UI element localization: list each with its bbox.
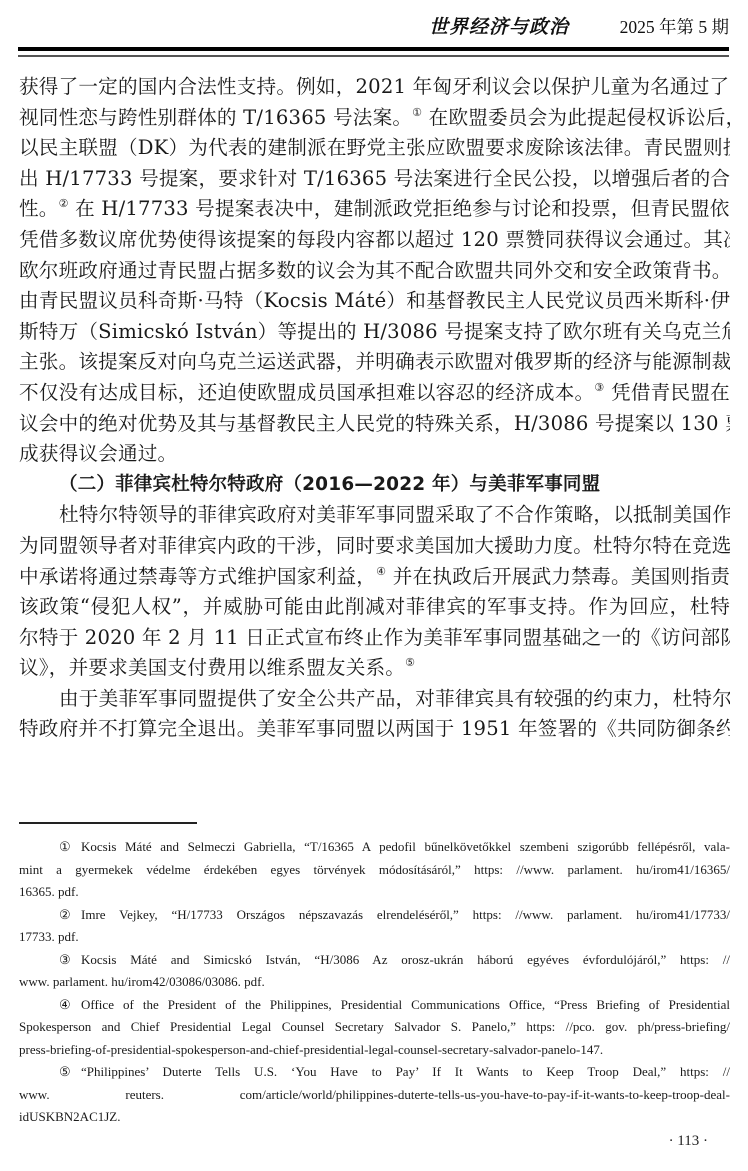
line-text: 议》，并要求美国支付费用以维系盟友关系。 <box>19 656 405 679</box>
journal-title: 世界经济与政治 <box>429 12 569 39</box>
line-text: 凭借多数议席优势使得该提案的每段内容都以超过 120 票赞同获得议会通过。其次， <box>19 228 730 251</box>
body-line: 为同盟领导者对菲律宾内政的干涉，同时要求美国加大援助力度。杜特尔特在竞选 <box>19 531 730 562</box>
footnote-line: idUSKBN2AC1JZ. <box>19 1106 730 1129</box>
body-line: 杜特尔特领导的菲律宾政府对美菲军事同盟采取了不合作策略，以抵制美国作 <box>19 500 730 531</box>
line-text-continued: 并在执政后开展武力禁毒。美国则指责 <box>386 565 730 588</box>
footnote-number: ① <box>59 836 81 859</box>
body-line: 出 H/17733 号提案，要求针对 T/16365 号法案进行全民公投，以增强… <box>19 164 730 195</box>
line-text: 议会中的绝对优势及其与基督教民主人民党的特殊关系，H/3086 号提案以 130… <box>19 412 730 435</box>
footnote-separator <box>19 822 197 824</box>
body-line: 以民主联盟（DK）为代表的建制派在野党主张应欧盟要求废除该法律。青民盟则提 <box>19 133 730 164</box>
footnote: ⑤“Philippines’ Duterte Tells U.S. ‘You H… <box>19 1061 730 1129</box>
footnote-line: www. parlament. hu/irom42/03086/03086. p… <box>19 971 730 994</box>
line-text: 尔特于 2020 年 2 月 11 日正式宣布终止作为美菲军事同盟基础之一的《访… <box>19 626 730 649</box>
body-line: 议会中的绝对优势及其与基督教民主人民党的特殊关系，H/3086 号提案以 130… <box>19 409 730 440</box>
footnote: ②Imre Vejkey, “H/17733 Országos népszava… <box>19 904 730 949</box>
footnote-text: Kocsis Máté and Selmeczi Gabriella, “T/1… <box>81 839 730 854</box>
line-text: 性。 <box>19 197 59 220</box>
line-text: 获得了一定的国内合法性支持。例如，2021 年匈牙利议会以保护儿童为名通过了歧 <box>19 75 730 98</box>
body-line: 获得了一定的国内合法性支持。例如，2021 年匈牙利议会以保护儿童为名通过了歧 <box>19 72 730 103</box>
footnote-line: press-briefing-of-presidential-spokesper… <box>19 1039 730 1062</box>
footnote-reference[interactable]: ① <box>412 106 422 119</box>
body-line: 由青民盟议员科奇斯·马特（Kocsis Máté）和基督教民主人民党议员西米斯科… <box>19 286 730 317</box>
line-text: 出 H/17733 号提案，要求针对 T/16365 号法案进行全民公投，以增强… <box>19 167 730 190</box>
footnote: ④Office of the President of the Philippi… <box>19 994 730 1062</box>
footnote: ③Kocsis Máté and Simicskó István, “H/308… <box>19 949 730 994</box>
line-text: 欧尔班政府通过青民盟占据多数的议会为其不配合欧盟共同外交和安全政策背书。 <box>19 259 730 282</box>
line-text-continued: 在欧盟委员会为此提起侵权诉讼后， <box>422 106 730 129</box>
line-text: 特政府并不打算完全退出。美菲军事同盟以两国于 1951 年签署的《共同防御条约》 <box>19 717 730 740</box>
line-text-continued: 凭借青民盟在 <box>605 381 730 404</box>
line-text: 不仅没有达成目标，还迫使欧盟成员国承担难以容忍的经济成本。 <box>19 381 594 404</box>
footnote-number: ④ <box>59 994 81 1017</box>
footnote-text: “Philippines’ Duterte Tells U.S. ‘You Ha… <box>81 1064 730 1079</box>
body-line: 不仅没有达成目标，还迫使欧盟成员国承担难以容忍的经济成本。③ 凭借青民盟在 <box>19 378 730 409</box>
footnote-text: Office of the President of the Philippin… <box>81 997 730 1012</box>
footnote-line: Spokesperson and Chief Presidential Lega… <box>19 1016 730 1039</box>
line-text: （二）菲律宾杜特尔特政府（2016—2022 年）与美菲军事同盟 <box>59 474 600 495</box>
body-line: 该政策“侵犯人权”，并威胁可能由此削减对菲律宾的军事支持。作为回应，杜特 <box>19 592 730 623</box>
footnote-text: www. parlament. hu/irom42/03086/03086. p… <box>19 974 265 989</box>
issue-info: 2025 年第 5 期 <box>620 14 729 39</box>
body-line: 议》，并要求美国支付费用以维系盟友关系。⑤ <box>19 653 730 684</box>
body-line: 凭借多数议席优势使得该提案的每段内容都以超过 120 票赞同获得议会通过。其次， <box>19 225 730 256</box>
footnote-text: mint a gyermekek védelme érdekében egyes… <box>19 862 730 877</box>
footnote-text: www. reuters. com/article/world/philippi… <box>19 1087 730 1102</box>
line-text: 斯特万（Simicskó István）等提出的 H/3086 号提案支持了欧尔… <box>19 320 730 343</box>
footnote-text: Imre Vejkey, “H/17733 Országos népszavaz… <box>81 907 730 922</box>
line-text-continued: 在 H/17733 号提案表决中，建制派政党拒绝参与讨论和投票，但青民盟依然 <box>69 197 730 220</box>
line-text: 由于美菲军事同盟提供了安全公共产品，对菲律宾具有较强的约束力，杜特尔 <box>59 687 730 710</box>
line-text: 该政策“侵犯人权”，并威胁可能由此削减对菲律宾的军事支持。作为回应，杜特 <box>19 595 730 618</box>
page-header: 世界经济与政治 2025 年第 5 期 <box>18 0 729 58</box>
footnote-reference[interactable]: ② <box>59 197 69 210</box>
footnote-line: mint a gyermekek védelme érdekében egyes… <box>19 859 730 882</box>
footnote-line: 17733. pdf. <box>19 926 730 949</box>
line-text: 由青民盟议员科奇斯·马特（Kocsis Máté）和基督教民主人民党议员西米斯科… <box>19 289 730 312</box>
body-line: 视同性恋与跨性别群体的 T/16365 号法案。① 在欧盟委员会为此提起侵权诉讼… <box>19 103 730 134</box>
body-line: 性。② 在 H/17733 号提案表决中，建制派政党拒绝参与讨论和投票，但青民盟… <box>19 194 730 225</box>
footnote-text: press-briefing-of-presidential-spokesper… <box>19 1042 603 1057</box>
footnote-line: ⑤“Philippines’ Duterte Tells U.S. ‘You H… <box>19 1061 730 1084</box>
footnotes: ①Kocsis Máté and Selmeczi Gabriella, “T/… <box>19 836 730 1129</box>
footnote-line: ②Imre Vejkey, “H/17733 Országos népszava… <box>19 904 730 927</box>
page-number: · 113 · <box>669 1133 708 1150</box>
body-line: 主张。该提案反对向乌克兰运送武器，并明确表示欧盟对俄罗斯的经济与能源制裁 <box>19 347 730 378</box>
footnote-text: 17733. pdf. <box>19 929 79 944</box>
footnote-reference[interactable]: ③ <box>594 381 604 394</box>
header-rule-thick <box>18 47 729 51</box>
body-line: 尔特于 2020 年 2 月 11 日正式宣布终止作为美菲军事同盟基础之一的《访… <box>19 623 730 654</box>
line-text: 中承诺将通过禁毒等方式维护国家利益， <box>19 565 376 588</box>
body-line: 中承诺将通过禁毒等方式维护国家利益，④ 并在执政后开展武力禁毒。美国则指责 <box>19 562 730 593</box>
line-text: 成获得议会通过。 <box>19 442 177 465</box>
header-rule-thin <box>18 55 729 57</box>
line-text: 主张。该提案反对向乌克兰运送武器，并明确表示欧盟对俄罗斯的经济与能源制裁 <box>19 350 730 373</box>
line-text: 视同性恋与跨性别群体的 T/16365 号法案。 <box>19 106 412 129</box>
footnote-text: 16365. pdf. <box>19 884 79 899</box>
line-text: 以民主联盟（DK）为代表的建制派在野党主张应欧盟要求废除该法律。青民盟则提 <box>19 136 730 159</box>
footnote-reference[interactable]: ⑤ <box>405 656 415 669</box>
footnote-text: idUSKBN2AC1JZ. <box>19 1109 121 1124</box>
footnote-line: ③Kocsis Máté and Simicskó István, “H/308… <box>19 949 730 972</box>
footnote-line: www. reuters. com/article/world/philippi… <box>19 1084 730 1107</box>
section-heading: （二）菲律宾杜特尔特政府（2016—2022 年）与美菲军事同盟 <box>19 470 730 501</box>
footnote-number: ③ <box>59 949 81 972</box>
body-line: 由于美菲军事同盟提供了安全公共产品，对菲律宾具有较强的约束力，杜特尔 <box>19 684 730 715</box>
body-line: 斯特万（Simicskó István）等提出的 H/3086 号提案支持了欧尔… <box>19 317 730 348</box>
footnote-number: ② <box>59 904 81 927</box>
line-text: 为同盟领导者对菲律宾内政的干涉，同时要求美国加大援助力度。杜特尔特在竞选 <box>19 534 730 557</box>
footnote-text: Kocsis Máté and Simicskó István, “H/3086… <box>81 952 730 967</box>
body-line: 欧尔班政府通过青民盟占据多数的议会为其不配合欧盟共同外交和安全政策背书。 <box>19 256 730 287</box>
footnote: ①Kocsis Máté and Selmeczi Gabriella, “T/… <box>19 836 730 904</box>
footnote-line: ①Kocsis Máté and Selmeczi Gabriella, “T/… <box>19 836 730 859</box>
footnote-text: Spokesperson and Chief Presidential Lega… <box>19 1019 730 1034</box>
footnote-line: ④Office of the President of the Philippi… <box>19 994 730 1017</box>
footnote-number: ⑤ <box>59 1061 81 1084</box>
body-text: 获得了一定的国内合法性支持。例如，2021 年匈牙利议会以保护儿童为名通过了歧视… <box>19 72 730 745</box>
footnote-reference[interactable]: ④ <box>376 565 386 578</box>
line-text: 杜特尔特领导的菲律宾政府对美菲军事同盟采取了不合作策略，以抵制美国作 <box>59 503 730 526</box>
body-line: 成获得议会通过。 <box>19 439 730 470</box>
body-line: 特政府并不打算完全退出。美菲军事同盟以两国于 1951 年签署的《共同防御条约》 <box>19 714 730 745</box>
footnote-line: 16365. pdf. <box>19 881 730 904</box>
